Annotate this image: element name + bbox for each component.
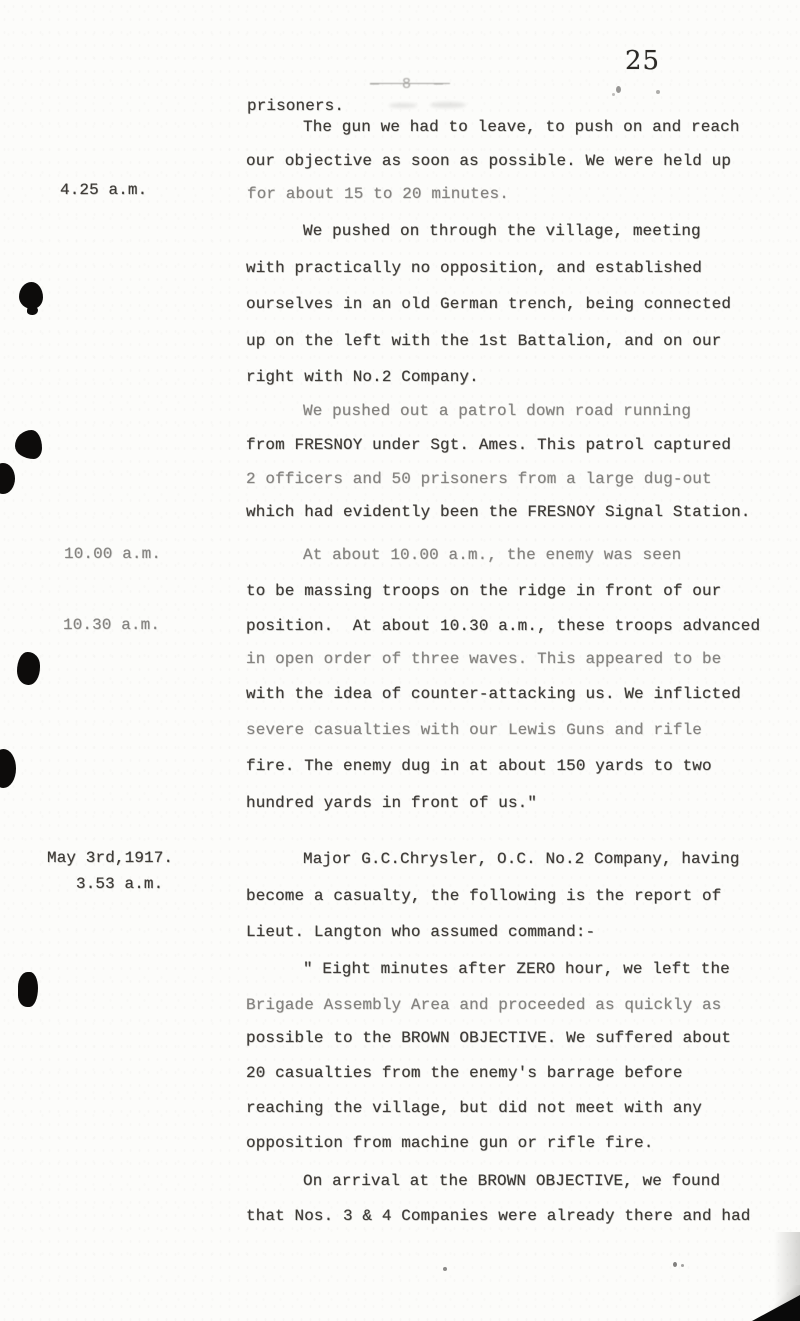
margin-time-note: 4.25 a.m. [60, 181, 147, 200]
document-page: 25 — 8 — 4.25 a.m.10.00 a.m.10.30 a.m.Ma… [0, 0, 800, 1321]
typed-line: On arrival at the BROWN OBJECTIVE, we fo… [303, 1172, 720, 1191]
typed-line: reaching the village, but did not meet w… [246, 1099, 702, 1118]
typed-line: that Nos. 3 & 4 Companies were already t… [246, 1207, 750, 1226]
ink-speck [673, 1262, 677, 1267]
typed-line: up on the left with the 1st Battalion, a… [246, 332, 721, 351]
ink-speck [389, 103, 417, 108]
typed-line: 2 officers and 50 prisoners from a large… [246, 470, 712, 489]
margin-time-note: 3.53 a.m. [76, 875, 163, 894]
typed-line: in open order of three waves. This appea… [246, 650, 721, 669]
ink-speck [656, 90, 660, 94]
typed-line: our objective as soon as possible. We we… [246, 152, 731, 171]
typed-line: with practically no opposition, and esta… [246, 259, 702, 278]
typed-line: fire. The enemy dug in at about 150 yard… [246, 757, 712, 776]
typed-line: with the idea of counter-attacking us. W… [246, 685, 741, 704]
typed-line: hundred yards in front of us." [246, 794, 537, 813]
ink-blot [17, 652, 40, 685]
typed-line: We pushed on through the village, meetin… [303, 222, 701, 241]
ink-speck [616, 86, 621, 93]
typed-line: which had evidently been the FRESNOY Sig… [246, 503, 750, 522]
ink-blot [15, 430, 42, 459]
page-number: 25 [625, 46, 660, 76]
typed-line: to be massing troops on the ridge in fro… [246, 582, 721, 601]
typed-line: Lieut. Langton who assumed command:- [246, 923, 595, 942]
ink-speck [681, 1264, 684, 1267]
typed-line: become a casualty, the following is the … [246, 887, 721, 906]
typed-line: We pushed out a patrol down road running [303, 402, 691, 421]
ink-blot [0, 749, 16, 788]
typed-line: " Eight minutes after ZERO hour, we left… [303, 960, 730, 979]
margin-time-note: 10.00 a.m. [64, 545, 161, 564]
ink-blot [27, 306, 38, 315]
typed-line: right with No.2 Company. [246, 368, 479, 387]
margin-time-note: May 3rd,1917. [47, 849, 173, 868]
typed-line: possible to the BROWN OBJECTIVE. We suff… [246, 1029, 731, 1048]
typed-line: Brigade Assembly Area and proceeded as q… [246, 996, 721, 1015]
typed-line: Major G.C.Chrysler, O.C. No.2 Company, h… [303, 850, 740, 869]
struck-out-page-header: — 8 — [370, 76, 450, 93]
typed-line: 20 casualties from the enemy's barrage b… [246, 1064, 683, 1083]
typed-line: At about 10.00 a.m., the enemy was seen [303, 546, 681, 565]
ink-blot [19, 282, 43, 309]
ink-blot [0, 463, 15, 494]
typed-line: from FRESNOY under Sgt. Ames. This patro… [246, 436, 731, 455]
typed-line: opposition from machine gun or rifle fir… [246, 1134, 653, 1153]
typed-line: severe casualties with our Lewis Guns an… [246, 721, 702, 740]
typed-line: prisoners. [247, 97, 344, 116]
typed-line: ourselves in an old German trench, being… [246, 295, 731, 314]
ink-speck [612, 93, 615, 96]
margin-time-note: 10.30 a.m. [63, 616, 160, 635]
ink-speck [430, 102, 466, 108]
typed-line: position. At about 10.30 a.m., these tro… [246, 617, 760, 636]
typed-line: for about 15 to 20 minutes. [247, 185, 509, 204]
ink-speck [443, 1267, 447, 1271]
typed-line: The gun we had to leave, to push on and … [303, 118, 740, 137]
ink-blot [18, 972, 38, 1007]
